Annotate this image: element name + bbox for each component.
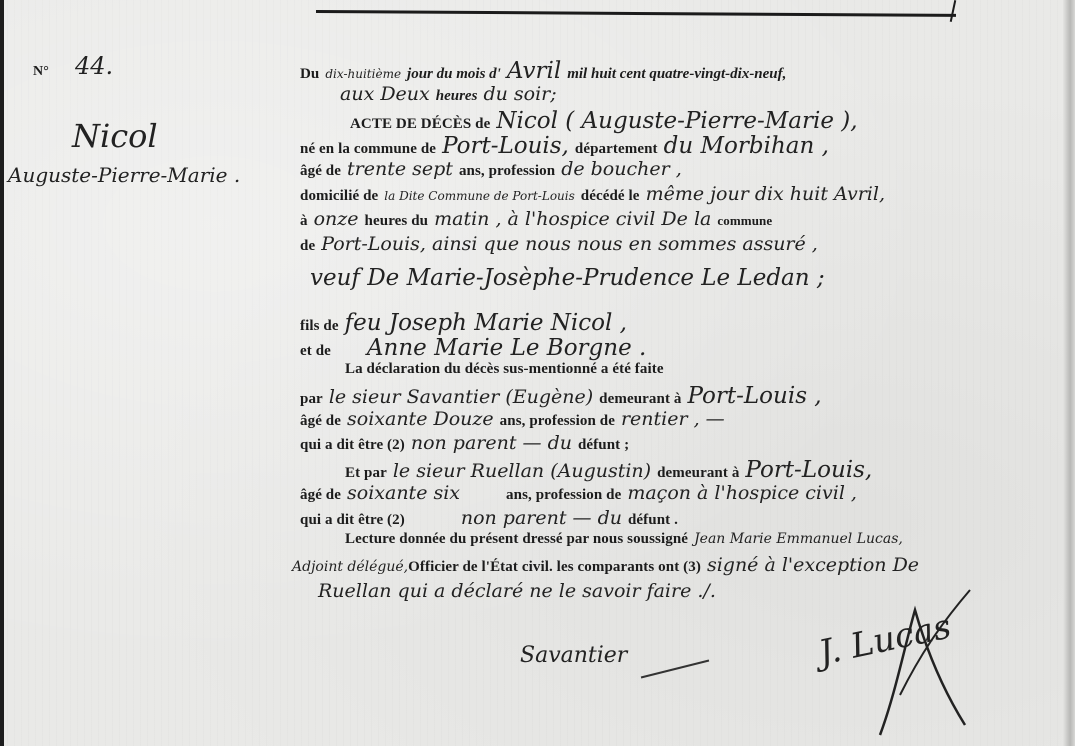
printed-text: commune: [717, 213, 772, 229]
handwritten-text: matin , à l'hospice civil De la: [434, 208, 711, 230]
body-line-10: fils defeu Joseph Marie Nicol ,: [300, 310, 633, 336]
handwritten-text: non parent — du: [461, 507, 622, 529]
handwritten-text: Port-Louis,: [745, 457, 872, 483]
record-number: 44.: [75, 52, 113, 80]
body-line-13: parle sieur Savantier (Eugène)demeurant …: [300, 383, 828, 409]
signature-flourish: [641, 660, 709, 679]
body-line-17: âgé desoixante sixans, profession demaço…: [300, 482, 863, 508]
body-line-4: né en la commune dePort-Louis,départemen…: [300, 133, 835, 159]
printed-text: qui a dit être (2): [300, 512, 405, 529]
handwritten-text: Ruellan qui a déclaré ne le savoir faire…: [318, 580, 716, 602]
printed-text: demeurant à: [599, 391, 681, 408]
printed-text: fils de: [300, 318, 339, 335]
handwritten-text: veuf De Marie-Josèphe-Prudence Le Ledan …: [310, 265, 825, 291]
handwritten-text: maçon à l'hospice civil ,: [627, 482, 857, 504]
handwritten-text: Port-Louis, ainsi que nous nous en somme…: [321, 233, 818, 255]
handwritten-text: signé à l'exception De: [707, 554, 919, 576]
printed-text: heures: [436, 88, 478, 105]
handwritten-text: onze: [314, 208, 359, 230]
printed-text: défunt ;: [578, 437, 629, 454]
top-rule-line: [316, 10, 956, 17]
handwritten-text: Jean Marie Emmanuel Lucas,: [694, 531, 903, 547]
margin-surname: Nicol: [72, 117, 158, 155]
handwritten-text: même jour dix huit Avril,: [646, 183, 885, 205]
printed-text: Lecture donnée du présent dressé par nou…: [345, 531, 688, 548]
record-number-label: N°: [33, 64, 49, 80]
body-line-20: Adjoint délégué,Officier de l'État civil…: [292, 554, 925, 580]
printed-text: jour du mois d': [407, 66, 501, 83]
printed-text: heures du: [365, 213, 429, 230]
handwritten-text: Adjoint délégué,: [292, 559, 408, 575]
printed-text: de: [300, 238, 315, 255]
handwritten-text: le sieur Ruellan (Augustin): [393, 460, 651, 482]
handwritten-text: du soir;: [483, 83, 556, 105]
printed-text: Officier de l'État civil. les comparants…: [408, 559, 701, 576]
handwritten-text: soixante six: [347, 482, 460, 504]
handwritten-text: le sieur Savantier (Eugène): [329, 386, 593, 408]
margin-given-names: Auguste-Pierre-Marie .: [8, 163, 240, 187]
body-line-3: ACTE DE DÉCÈS deNicol ( Auguste-Pierre-M…: [350, 108, 864, 134]
printed-text: âgé de: [300, 163, 341, 180]
printed-text: mil huit cent quatre-vingt-dix-neuf,: [567, 66, 786, 83]
handwritten-text: de boucher ,: [561, 158, 682, 180]
body-line-14: âgé desoixante Douzeans, profession dere…: [300, 408, 731, 434]
body-line-11: et deAnne Marie Le Borgne .: [300, 335, 652, 361]
handwritten-text: rentier , —: [621, 408, 725, 430]
printed-text: demeurant à: [657, 465, 739, 482]
printed-text: âgé de: [300, 413, 341, 430]
body-line-9: veuf De Marie-Josèphe-Prudence Le Ledan …: [310, 265, 831, 291]
body-line-7: àonzeheures dumatin , à l'hospice civil …: [300, 208, 778, 234]
handwritten-text: la Dite Commune de Port-Louis: [384, 189, 574, 203]
page-left-edge: [0, 0, 4, 746]
printed-text: ans, profession de: [500, 413, 615, 430]
printed-text: La déclaration du décès sus-mentionné a …: [345, 361, 664, 378]
printed-text: né en la commune de: [300, 141, 436, 158]
body-line-5: âgé detrente septans, professionde bouch…: [300, 158, 688, 184]
printed-text: domicilié de: [300, 188, 378, 205]
body-line-6: domicilié dela Dite Commune de Port-Loui…: [300, 183, 891, 209]
handwritten-text: non parent — du: [411, 432, 572, 454]
printed-text: ans, profession de: [506, 487, 621, 504]
body-line-1: Dudix-huitièmejour du mois d'Avrilmil hu…: [300, 58, 792, 84]
printed-text: Du: [300, 66, 319, 83]
body-line-2: aux Deuxheuresdu soir;: [340, 83, 563, 109]
handwritten-text: Port-Louis,: [442, 133, 569, 159]
handwritten-text: soixante Douze: [347, 408, 494, 430]
handwritten-text: Avril: [507, 58, 561, 84]
page-right-edge: [1063, 0, 1075, 746]
body-line-8: dePort-Louis, ainsi que nous nous en som…: [300, 233, 824, 259]
handwritten-text: aux Deux: [340, 83, 430, 105]
printed-text: âgé de: [300, 487, 341, 504]
printed-text: décédé le: [581, 188, 640, 205]
signature-declarant: Savantier: [520, 643, 627, 668]
handwritten-text: feu Joseph Marie Nicol ,: [345, 310, 627, 336]
printed-text: à: [300, 213, 308, 230]
printed-text: et de: [300, 343, 331, 360]
scanned-document-page: N° 44. Nicol Auguste-Pierre-Marie . Dudi…: [0, 0, 1075, 746]
handwritten-text: Anne Marie Le Borgne .: [367, 335, 646, 361]
handwritten-text: Port-Louis ,: [688, 383, 822, 409]
body-line-15: qui a dit être (2)non parent — dudéfunt …: [300, 432, 635, 458]
signature-cross-mark: [870, 585, 980, 745]
body-line-19: Lecture donnée du présent dressé par nou…: [345, 530, 909, 556]
printed-text: département: [575, 141, 658, 158]
handwritten-text: dix-huitième: [325, 67, 401, 81]
printed-text: ans, profession: [459, 163, 555, 180]
printed-text: Et par: [345, 465, 387, 482]
printed-text: ACTE DE DÉCÈS de: [350, 116, 490, 133]
printed-text: par: [300, 391, 323, 408]
handwritten-text: trente sept: [347, 158, 453, 180]
top-rule-tick: [950, 0, 957, 22]
handwritten-text: Nicol ( Auguste-Pierre-Marie ),: [496, 108, 857, 134]
body-line-16: Et parle sieur Ruellan (Augustin)demeura…: [345, 457, 878, 483]
body-line-21: Ruellan qui a déclaré ne le savoir faire…: [318, 580, 722, 606]
printed-text: qui a dit être (2): [300, 437, 405, 454]
printed-text: défunt .: [628, 512, 678, 529]
handwritten-text: du Morbihan ,: [664, 133, 829, 159]
